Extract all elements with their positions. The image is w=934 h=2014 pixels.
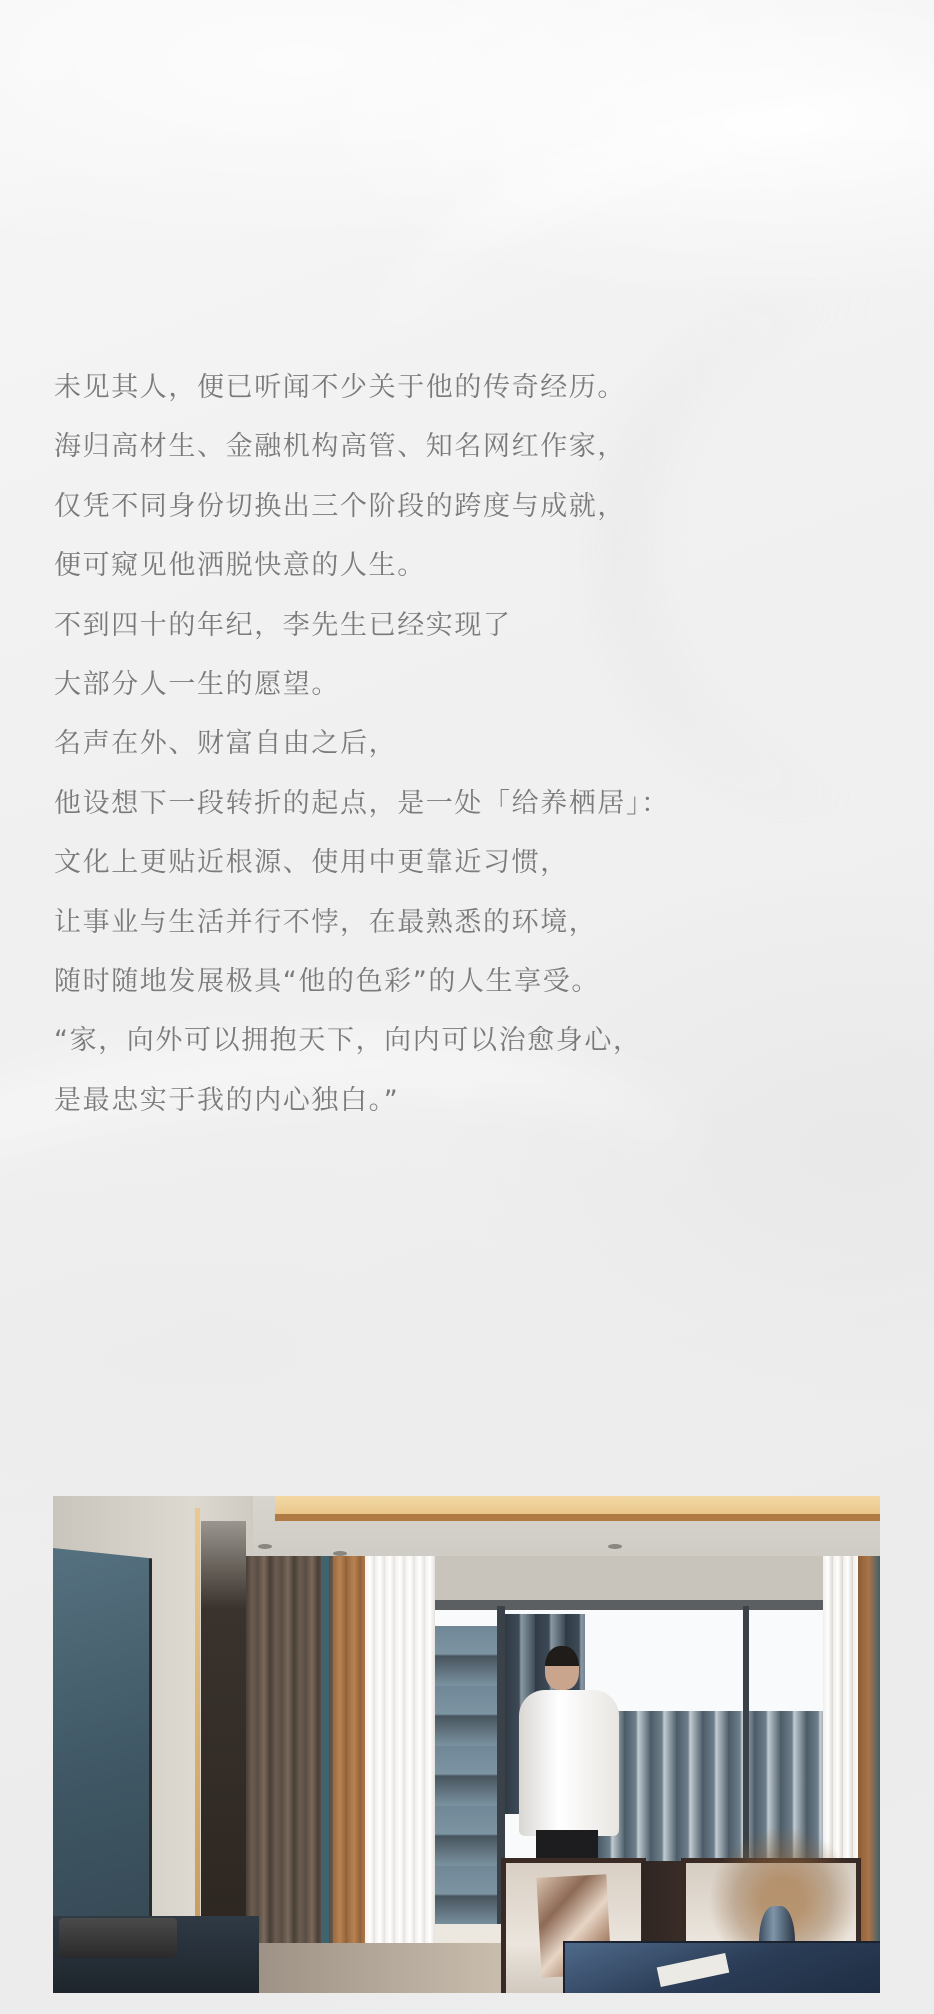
paragraph-line: 仅凭不同身份切换出三个阶段的跨度与成就， — [54, 477, 894, 536]
paragraph-line: “家，向外可以拥抱天下，向内可以治愈身心， — [54, 1011, 894, 1070]
building — [435, 1626, 497, 1926]
paragraph-line: 不到四十的年纪，李先生已经实现了 — [54, 596, 894, 655]
paragraph-line: 让事业与生活并行不悖，在最熟悉的环境， — [54, 893, 894, 952]
ceiling-cove-light — [275, 1496, 880, 1516]
wall-tv-screen — [53, 1548, 152, 1943]
paragraph-line: 随时随地发展极具“他的色彩”的人生享受。 — [54, 952, 894, 1011]
paragraph-line: 大部分人一生的愿望。 — [54, 655, 894, 714]
downlight — [608, 1544, 622, 1549]
projector — [59, 1918, 177, 1958]
curtain — [321, 1556, 329, 1943]
man-head — [545, 1646, 579, 1690]
article-paragraph: 未见其人，便已听闻不少关于他的传奇经历。 海归高材生、金融机构高管、知名网红作家… — [54, 358, 894, 1130]
wall-nook — [201, 1521, 246, 1961]
pillar-light-strip — [195, 1508, 200, 1948]
downlight — [258, 1544, 272, 1549]
window-frame — [433, 1600, 825, 1610]
paragraph-line: 是最忠实于我的内心独白。” — [54, 1071, 894, 1130]
paragraph-line: 便可窥见他洒脱快意的人生。 — [54, 536, 894, 595]
curtain — [858, 1556, 880, 1943]
paragraph-line: 未见其人，便已听闻不少关于他的传奇经历。 — [54, 358, 894, 417]
ceiling-trim — [275, 1514, 880, 1521]
man-figure — [519, 1690, 619, 1836]
paragraph-line: 他设想下一段转折的起点，是一处「给养栖居」： — [54, 774, 894, 833]
paragraph-line: 名声在外、财富自由之后， — [54, 714, 894, 773]
paragraph-line: 文化上更贴近根源、使用中更靠近习惯， — [54, 833, 894, 892]
living-room-photo — [53, 1496, 880, 1993]
paragraph-line: 海归高材生、金融机构高管、知名网红作家， — [54, 417, 894, 476]
sheer-curtain — [365, 1556, 435, 1943]
